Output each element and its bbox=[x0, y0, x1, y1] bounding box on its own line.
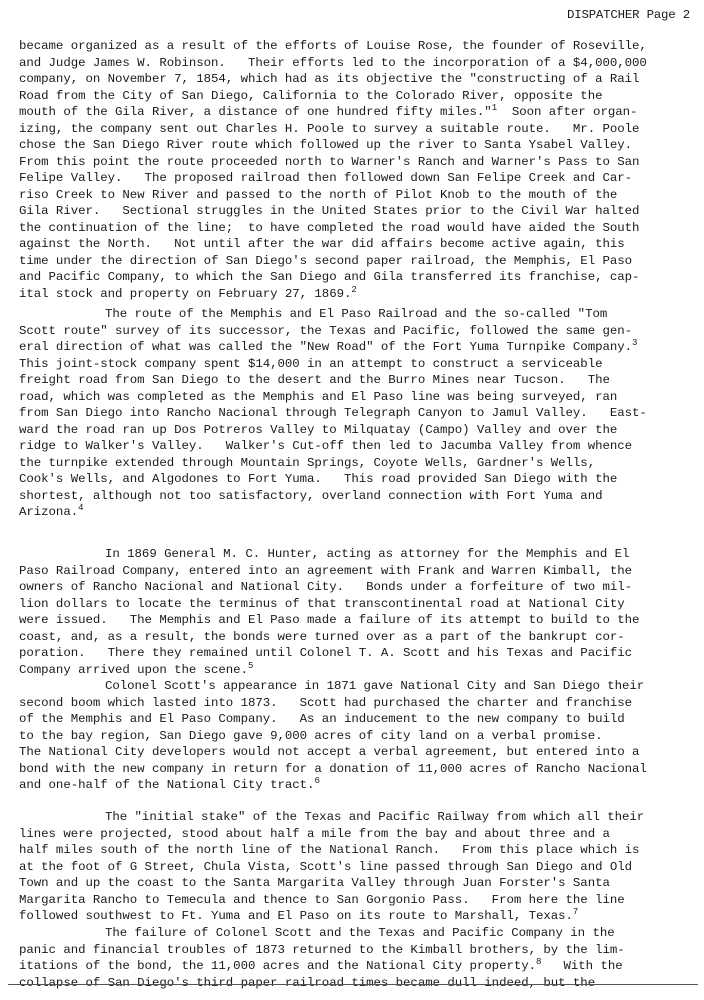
text-line: were issued. The Memphis and El Paso mad… bbox=[19, 612, 699, 629]
text-line: Company arrived upon the scene.5 bbox=[19, 662, 699, 679]
text-line: shortest, although not too satisfactory,… bbox=[19, 488, 699, 505]
text-line: of the Memphis and El Paso Company. As a… bbox=[19, 711, 699, 728]
text-line: company, on November 7, 1854, which had … bbox=[19, 71, 699, 88]
text-line: panic and financial troubles of 1873 ret… bbox=[19, 942, 699, 959]
page-header: DISPATCHER Page 2 bbox=[567, 8, 690, 22]
text-line: izing, the company sent out Charles H. P… bbox=[19, 121, 699, 138]
text-line: time under the direction of San Diego's … bbox=[19, 253, 699, 270]
text-line: poration. There they remained until Colo… bbox=[19, 645, 699, 662]
text-line: second boom which lasted into 1873. Scot… bbox=[19, 695, 699, 712]
text-line: itations of the bond, the 11,000 acres a… bbox=[19, 958, 699, 975]
text-line: collapse of San Diego's third paper rail… bbox=[19, 975, 699, 992]
text-line: Cook's Wells, and Algodones to Fort Yuma… bbox=[19, 471, 699, 488]
text-line: Gila River. Sectional struggles in the U… bbox=[19, 203, 699, 220]
text-line: and one-half of the National City tract.… bbox=[19, 777, 699, 794]
text-line: the turnpike extended through Mountain S… bbox=[19, 455, 699, 472]
text-line: eral direction of what was called the "N… bbox=[19, 339, 699, 356]
text-line: Scott route" survey of its successor, th… bbox=[19, 323, 699, 340]
paragraph: The "initial stake" of the Texas and Pac… bbox=[19, 809, 699, 925]
paragraph: became organized as a result of the effo… bbox=[19, 38, 699, 302]
text-line: From this point the route proceeded nort… bbox=[19, 154, 699, 171]
text-line: ital stock and property on February 27, … bbox=[19, 286, 699, 303]
text-line: followed southwest to Ft. Yuma and El Pa… bbox=[19, 908, 699, 925]
footnote-marker: 2 bbox=[351, 285, 356, 295]
text-line: the continuation of the line; to have co… bbox=[19, 220, 699, 237]
text-line: Margarita Rancho to Temecula and thence … bbox=[19, 892, 699, 909]
text-line: and Judge James W. Robinson. Their effor… bbox=[19, 55, 699, 72]
text-line: freight road from San Diego to the deser… bbox=[19, 372, 699, 389]
text-line: Paso Railroad Company, entered into an a… bbox=[19, 563, 699, 580]
text-line: riso Creek to New River and passed to th… bbox=[19, 187, 699, 204]
text-line: to the bay region, San Diego gave 9,000 … bbox=[19, 728, 699, 745]
text-line: In 1869 General M. C. Hunter, acting as … bbox=[19, 546, 699, 563]
text-line: The failure of Colonel Scott and the Tex… bbox=[19, 925, 699, 942]
text-line: chose the San Diego River route which fo… bbox=[19, 137, 699, 154]
text-line: Colonel Scott's appearance in 1871 gave … bbox=[19, 678, 699, 695]
text-line: Felipe Valley. The proposed railroad the… bbox=[19, 170, 699, 187]
text-line: Arizona.4 bbox=[19, 504, 699, 521]
paragraph: Colonel Scott's appearance in 1871 gave … bbox=[19, 678, 699, 794]
footnote-marker: 3 bbox=[632, 338, 637, 348]
text-line: from San Diego into Rancho Nacional thro… bbox=[19, 405, 699, 422]
text-line: half miles south of the north line of th… bbox=[19, 842, 699, 859]
text-line: and Pacific Company, to which the San Di… bbox=[19, 269, 699, 286]
text-line: mouth of the Gila River, a distance of o… bbox=[19, 104, 699, 121]
text-line: owners of Rancho Nacional and National C… bbox=[19, 579, 699, 596]
text-line: The National City developers would not a… bbox=[19, 744, 699, 761]
paragraph: The failure of Colonel Scott and the Tex… bbox=[19, 925, 699, 991]
footnote-marker: 1 bbox=[492, 103, 497, 113]
text-line: Town and up the coast to the Santa Marga… bbox=[19, 875, 699, 892]
text-line: against the North. Not until after the w… bbox=[19, 236, 699, 253]
text-line: The "initial stake" of the Texas and Pac… bbox=[19, 809, 699, 826]
text-line: coast, and, as a result, the bonds were … bbox=[19, 629, 699, 646]
text-line: Road from the City of San Diego, Califor… bbox=[19, 88, 699, 105]
text-line: became organized as a result of the effo… bbox=[19, 38, 699, 55]
text-line: lion dollars to locate the terminus of t… bbox=[19, 596, 699, 613]
text-line: ridge to Walker's Valley. Walker's Cut-o… bbox=[19, 438, 699, 455]
text-line: ward the road ran up Dos Potreros Valley… bbox=[19, 422, 699, 439]
text-line: lines were projected, stood about half a… bbox=[19, 826, 699, 843]
footnote-marker: 4 bbox=[78, 503, 83, 513]
text-line: This joint-stock company spent $14,000 i… bbox=[19, 356, 699, 373]
footnote-marker: 7 bbox=[573, 907, 578, 917]
footnote-marker: 8 bbox=[536, 957, 541, 967]
paragraph: The route of the Memphis and El Paso Rai… bbox=[19, 306, 699, 521]
bottom-rule bbox=[8, 984, 698, 985]
footnote-marker: 6 bbox=[314, 776, 319, 786]
text-line: at the foot of G Street, Chula Vista, Sc… bbox=[19, 859, 699, 876]
text-line: road, which was completed as the Memphis… bbox=[19, 389, 699, 406]
text-line: The route of the Memphis and El Paso Rai… bbox=[19, 306, 699, 323]
paragraph: In 1869 General M. C. Hunter, acting as … bbox=[19, 546, 699, 678]
document-page: DISPATCHER Page 2 became organized as a … bbox=[0, 0, 704, 1000]
text-line: bond with the new company in return for … bbox=[19, 761, 699, 778]
footnote-marker: 5 bbox=[248, 661, 253, 671]
